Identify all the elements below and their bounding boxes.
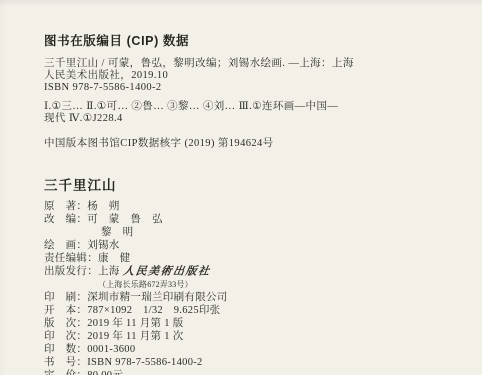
cip-isbn-line: ISBN 978-7-5586-1400-2 — [44, 82, 374, 94]
row-printing: 印 次：2019 年 11 月第 1 次 — [44, 330, 444, 343]
copyright-page: 图书在版编目 (CIP) 数据 三千里江山 / 可蒙，鲁弘，黎明改编；刘锡水绘画… — [0, 0, 482, 375]
field-value: 787×1092 1/32 9.625印张 — [87, 305, 220, 316]
cip-classification: Ⅰ.①三… Ⅱ.①可… ②鲁… ③黎… ④刘… Ⅲ.①连环画—中国— 现代 Ⅳ.… — [44, 101, 374, 125]
field-label: 绘 画： — [44, 240, 87, 251]
row-publisher-address: （上海长乐路672弄33号） — [44, 278, 444, 291]
field-label: 原 著： — [44, 201, 87, 212]
row-price: 定 价：80.00元 — [44, 369, 444, 375]
field-label: 印 数： — [44, 344, 87, 355]
field-label: 定 价： — [44, 370, 87, 375]
row-format: 开 本：787×1092 1/32 9.625印张 — [44, 304, 444, 317]
field-value: 80.00元 — [87, 370, 123, 375]
colophon-block: 三千里江山 原 著：杨 朔 改 编：可 蒙 鲁 弘 黎 明 绘 画：刘锡水 责任… — [44, 174, 444, 375]
colophon-rows: 原 著：杨 朔 改 编：可 蒙 鲁 弘 黎 明 绘 画：刘锡水 责任编辑：康 健… — [44, 200, 444, 375]
row-edition: 版 次：2019 年 11 月第 1 版 — [44, 317, 444, 330]
field-label: 版 次： — [44, 318, 87, 329]
field-label: 开 本： — [44, 305, 87, 316]
cip-record-number: 中国版本图书馆CIP数据核字 (2019) 第194624号 — [44, 135, 374, 150]
cip-header: 图书在版编目 (CIP) 数据 — [44, 31, 374, 49]
field-value: 0001-3600 — [87, 344, 135, 355]
field-value: 康 健 — [98, 253, 130, 264]
field-value: 刘锡水 — [87, 240, 119, 251]
book-title: 三千里江山 — [44, 174, 444, 194]
field-value: ISBN 978-7-5586-1400-2 — [87, 357, 202, 368]
row-illustrator: 绘 画：刘锡水 — [44, 239, 444, 252]
row-adapters-continued: 黎 明 — [44, 226, 444, 239]
cip-description-line: 人民美术出版社，2019.10 — [44, 70, 374, 82]
field-value: 深圳市精一瑞兰印刷有限公司 — [87, 292, 227, 303]
row-isbn: 书 号：ISBN 978-7-5586-1400-2 — [44, 356, 444, 369]
cip-description-line: 三千里江山 / 可蒙，鲁弘，黎明改编；刘锡水绘画. —上海：上海 — [44, 58, 374, 70]
publisher-logotype: 人民美術出版社 — [122, 266, 211, 279]
field-label: 出版发行： — [44, 266, 98, 277]
field-value: （上海长乐路672弄33号） — [98, 280, 193, 289]
row-adapters: 改 编：可 蒙 鲁 弘 — [44, 213, 444, 226]
field-value: 可 蒙 鲁 弘 — [87, 214, 163, 225]
field-label: 责任编辑： — [44, 253, 98, 264]
field-value: 上海 — [98, 266, 120, 277]
cip-block: 图书在版编目 (CIP) 数据 三千里江山 / 可蒙，鲁弘，黎明改编；刘锡水绘画… — [44, 31, 374, 150]
field-label: 印 次： — [44, 331, 87, 342]
field-value: 黎 明 — [101, 227, 133, 238]
field-value: 2019 年 11 月第 1 版 — [87, 318, 183, 329]
field-value: 2019 年 11 月第 1 次 — [87, 331, 183, 342]
row-print-run: 印 数：0001-3600 — [44, 343, 444, 356]
field-label: 印 刷： — [44, 292, 87, 303]
field-label: 改 编： — [44, 214, 87, 225]
row-original-author: 原 著：杨 朔 — [44, 200, 444, 213]
field-label: 书 号： — [44, 357, 87, 368]
cip-description: 三千里江山 / 可蒙，鲁弘，黎明改编；刘锡水绘画. —上海：上海 人民美术出版社… — [44, 58, 374, 93]
cip-classification-line: Ⅰ.①三… Ⅱ.①可… ②鲁… ③黎… ④刘… Ⅲ.①连环画—中国— — [44, 101, 374, 113]
row-publisher: 出版发行：上海人民美術出版社 — [44, 265, 444, 278]
field-value: 杨 朔 — [87, 201, 119, 212]
row-printer: 印 刷：深圳市精一瑞兰印刷有限公司 — [44, 291, 444, 304]
cip-classification-line: 现代 Ⅳ.①J228.4 — [44, 113, 374, 125]
row-editor: 责任编辑：康 健 — [44, 252, 444, 265]
